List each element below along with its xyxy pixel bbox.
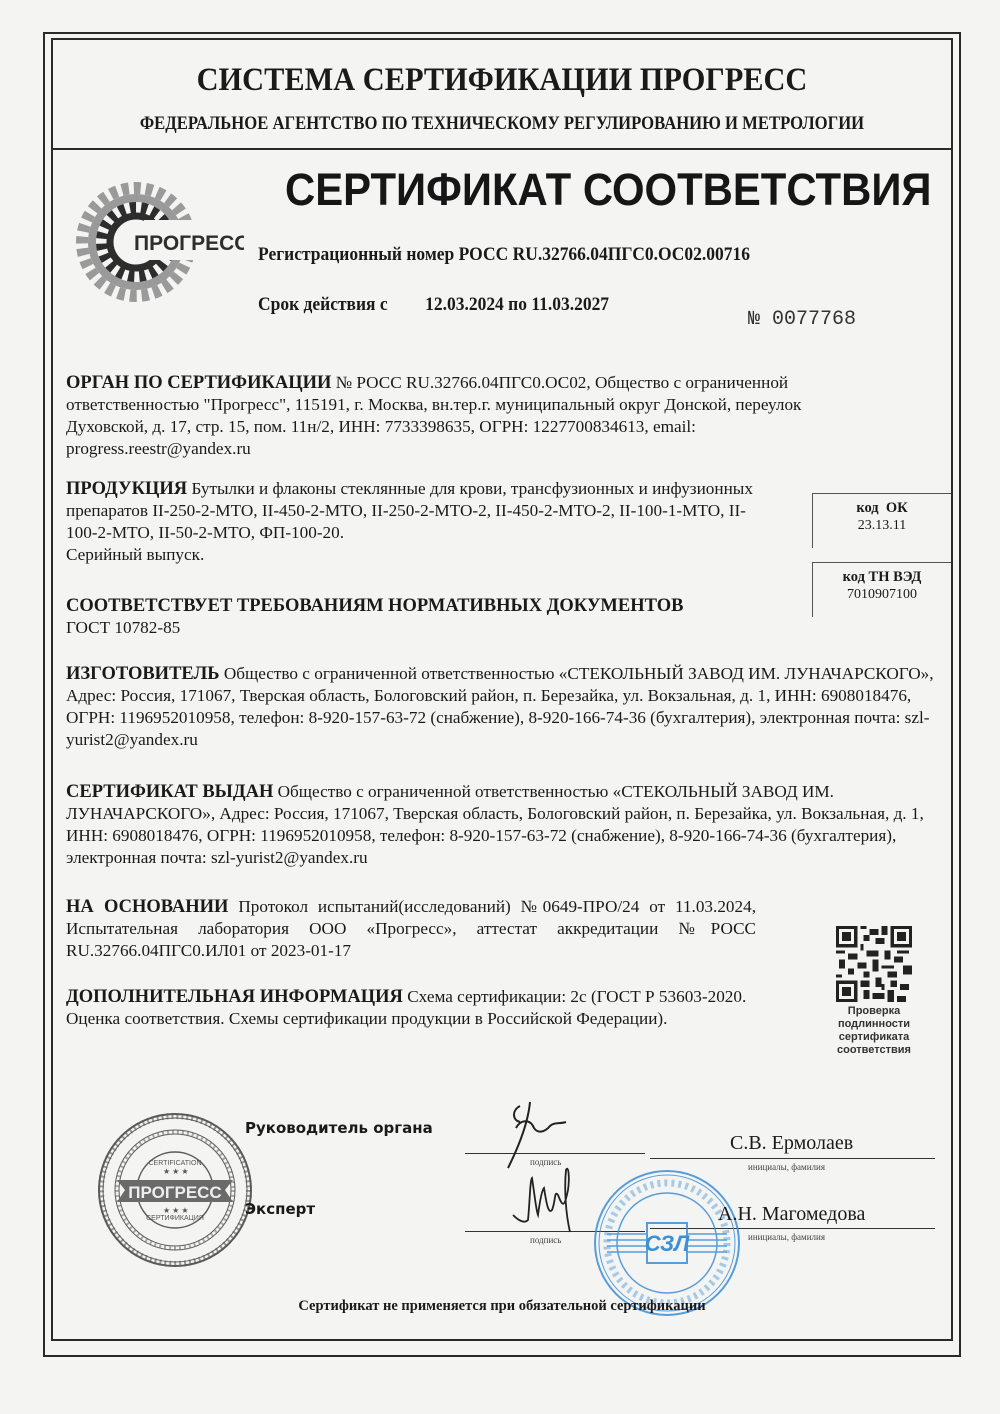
certificate-title: СЕРТИФИКАТ СООТВЕТСТВИЯ	[285, 164, 931, 216]
expert-label: Эксперт	[245, 1200, 315, 1218]
section-certification-body: ОРГАН ПО СЕРТИФИКАЦИИ № РОСС RU.32766.04…	[66, 372, 866, 460]
code-tnved-value: 7010907100	[813, 586, 951, 603]
head-name-line	[650, 1158, 935, 1159]
head-name: С.В. Ермолаев	[730, 1132, 853, 1155]
name-caption: инициалы, фамилия	[748, 1232, 825, 1242]
section-heading: НА ОСНОВАНИИ	[66, 897, 228, 917]
section-conformity: СООТВЕТСТВУЕТ ТРЕБОВАНИЯМ НОРМАТИВНЫХ ДО…	[66, 595, 786, 639]
section-manufacturer: ИЗГОТОВИТЕЛЬ Общество с ограниченной отв…	[66, 663, 946, 751]
registration-value: РОСС RU.32766.04ПГС0.ОС02.00716	[459, 244, 750, 265]
section-basis: НА ОСНОВАНИИ Протокол испытаний(исследов…	[66, 896, 756, 962]
validity-label: Срок действия с	[258, 294, 388, 315]
registration-number: Регистрационный номер РОСС RU.32766.04ПГ…	[258, 244, 750, 266]
code-tnved-label: код ТН ВЭД	[813, 569, 951, 586]
qr-caption-line: соответствия	[815, 1044, 933, 1057]
qr-code-icon[interactable]	[836, 926, 912, 1002]
system-title: СИСТЕМА СЕРТИФИКАЦИИ ПРОГРЕСС	[87, 62, 917, 99]
code-ok-box: код ОК 23.13.11	[812, 493, 951, 548]
code-ok-label: код ОК	[813, 500, 951, 517]
svg-text:ПРОГРЕСС: ПРОГРЕСС	[134, 232, 244, 255]
svg-text:★ ★ ★: ★ ★ ★	[163, 1206, 189, 1215]
svg-text:ПРОГРЕСС: ПРОГРЕСС	[128, 1183, 221, 1202]
head-of-body-label: Руководитель органа	[245, 1119, 433, 1137]
section-heading: ПРОДУКЦИЯ	[66, 479, 187, 499]
validity-dates: 12.03.2024 по 11.03.2027	[425, 294, 609, 315]
qr-caption: Проверка подлинности сертификата соответ…	[815, 1005, 933, 1057]
qr-caption-line: подлинности	[815, 1018, 933, 1031]
code-tnved-box: код ТН ВЭД 7010907100	[812, 562, 951, 617]
svg-text:СЗЛ: СЗЛ	[645, 1231, 690, 1256]
svg-text:CERTIFICATION: CERTIFICATION	[148, 1160, 201, 1167]
gear-logo-icon: ПРОГРЕСС	[74, 170, 244, 310]
registration-label: Регистрационный номер	[258, 244, 454, 265]
serial-release: Серийный выпуск.	[66, 545, 204, 564]
signature-caption: подпись	[530, 1235, 561, 1245]
header-divider	[51, 148, 953, 150]
name-caption: инициалы, фамилия	[748, 1162, 825, 1172]
section-product: ПРОДУКЦИЯ Бутылки и флаконы стеклянные д…	[66, 478, 766, 566]
expert-name: А.Н. Магомедова	[718, 1203, 865, 1226]
agency-name: ФЕДЕРАЛЬНОЕ АГЕНТСТВО ПО ТЕХНИЧЕСКОМУ РЕ…	[96, 114, 908, 135]
svg-text:★ ★ ★: ★ ★ ★	[163, 1167, 189, 1176]
validity-period: Срок действия с 12.03.2024 по 11.03.2027	[258, 294, 609, 316]
section-additional-info: ДОПОЛНИТЕЛЬНАЯ ИНФОРМАЦИЯ Схема сертифик…	[66, 986, 756, 1030]
qr-caption-line: Проверка	[815, 1005, 933, 1018]
section-heading: СЕРТИФИКАТ ВЫДАН	[66, 782, 273, 802]
section-heading: ДОПОЛНИТЕЛЬНАЯ ИНФОРМАЦИЯ	[66, 987, 403, 1007]
certificate-serial-number: № 0077768	[748, 308, 856, 331]
footer-note: Сертификат не применяется при обязательн…	[51, 1298, 953, 1315]
section-heading: ОРГАН ПО СЕРТИФИКАЦИИ	[66, 373, 331, 393]
section-heading: СООТВЕТСТВУЕТ ТРЕБОВАНИЯМ НОРМАТИВНЫХ ДО…	[66, 595, 786, 617]
section-heading: ИЗГОТОВИТЕЛЬ	[66, 664, 220, 684]
section-text: ГОСТ 10782-85	[66, 617, 786, 639]
qr-caption-line: сертификата	[815, 1031, 933, 1044]
section-issued-to: СЕРТИФИКАТ ВЫДАН Общество с ограниченной…	[66, 781, 946, 869]
progress-stamp-icon: ПРОГРЕСС CERTIFICATION СЕРТИФИКАЦИЯ ★ ★ …	[95, 1110, 255, 1270]
expert-signature-icon	[508, 1160, 578, 1235]
svg-text:СЕРТИФИКАЦИЯ: СЕРТИФИКАЦИЯ	[146, 1215, 204, 1222]
factory-stamp-icon: СЗЛ	[592, 1168, 742, 1318]
code-ok-value: 23.13.11	[813, 517, 951, 534]
